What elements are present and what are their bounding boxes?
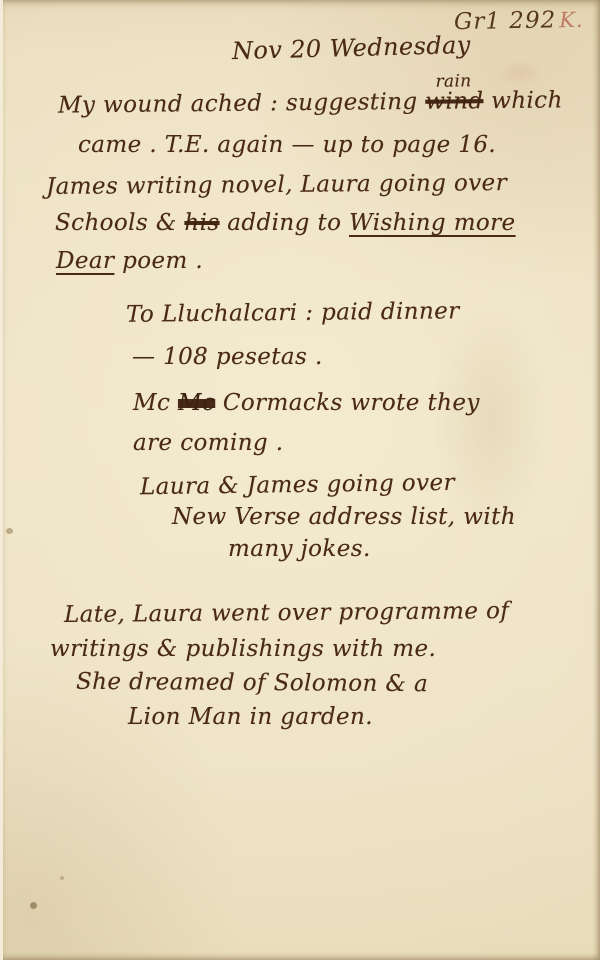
text-run: Late, Laura went over programme of (64, 598, 509, 628)
struck-word: his (184, 210, 219, 236)
struck-word: wind (425, 88, 483, 115)
text-run: She dreamed of Solomon & a (76, 669, 428, 697)
archive-check-mark: K. (556, 8, 584, 32)
underlined-title: Dear (56, 248, 114, 274)
text-run: — 108 pesetas . (132, 344, 323, 370)
text-run: Lion Man in garden. (128, 704, 373, 730)
paper-stain (497, 60, 543, 86)
entry-line: many jokes. (228, 536, 371, 562)
scribbled-word: Mc (178, 390, 215, 416)
text-run: James writing novel, Laura going over (46, 170, 507, 200)
entry-line: — 108 pesetas . (132, 344, 323, 370)
text-run: came . T.E. again — up to page 16. (78, 132, 496, 158)
text-run: adding to (220, 210, 349, 236)
text-run: My wound ached : suggesting (58, 89, 426, 119)
entry-line: came . T.E. again — up to page 16. (78, 132, 496, 158)
text-run: Laura & James going over (140, 470, 455, 500)
entry-line: Schools & his adding to Wishing more (55, 210, 516, 236)
text-run: New Verse address list, with (172, 504, 516, 530)
paper-stain (30, 902, 37, 909)
entry-line: Mc Mc Cormacks wrote they (133, 390, 480, 416)
manuscript-page: Gr1 292K. Nov 20 Wednesday My wound ache… (0, 0, 600, 960)
paper-stain (6, 528, 13, 534)
paper-stain (60, 876, 64, 880)
text-run: poem . (114, 248, 203, 274)
entry-line: To Lluchalcari : paid dinner (126, 298, 460, 327)
text-run: Schools & (55, 210, 184, 236)
entry-line: Late, Laura went over programme of (64, 598, 509, 628)
text-run: Mc (133, 390, 178, 416)
entry-line: My wound ached : suggesting windrain whi… (58, 87, 563, 118)
entry-line: are coming . (133, 430, 283, 456)
entry-line: writings & publishings with me. (50, 636, 436, 662)
entry-line: Dear poem . (56, 248, 203, 274)
entry-line: Laura & James going over (140, 470, 455, 500)
text-run: are coming . (133, 430, 283, 456)
underlined-title: Wishing more (349, 210, 515, 236)
inserted-word: rain (435, 71, 471, 91)
text-run: writings & publishings with me. (50, 636, 436, 662)
entry-line: James writing novel, Laura going over (46, 170, 507, 200)
text-run: which (483, 87, 563, 114)
entry-line: New Verse address list, with (172, 504, 516, 530)
text-run: To Lluchalcari : paid dinner (126, 298, 460, 327)
text-run: Cormacks wrote they (215, 390, 480, 416)
entry-line: She dreamed of Solomon & a (76, 669, 428, 697)
entry-line: Lion Man in garden. (128, 704, 373, 730)
correction: windrain (425, 88, 483, 115)
text-run: many jokes. (228, 536, 371, 562)
archive-mark: Gr1 292K. (454, 7, 584, 35)
entry-date-heading: Nov 20 Wednesday (232, 31, 471, 65)
